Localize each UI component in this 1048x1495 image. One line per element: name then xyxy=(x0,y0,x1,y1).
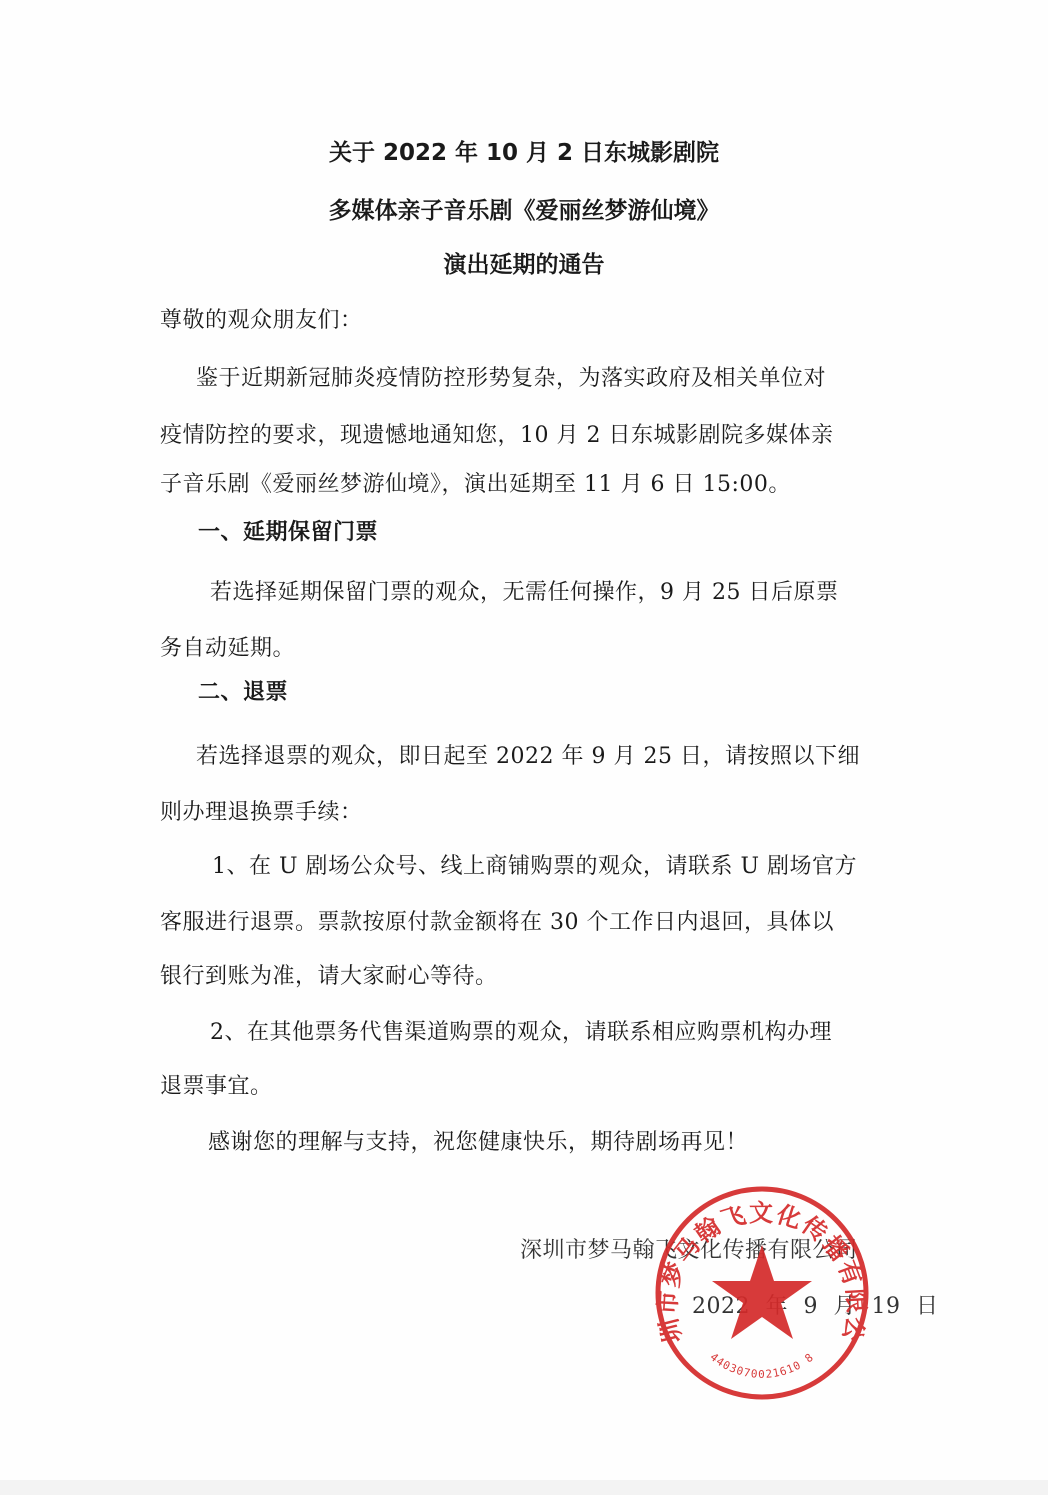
svg-text:4403070021610 8: 4403070021610 8 xyxy=(707,1350,816,1380)
intro-line-2: 疫情防控的要求，现遗憾地通知您，10 月 2 日东城影剧院多媒体亲 xyxy=(160,421,833,451)
item1-line-3: 银行到账为准，请大家耐心等待。 xyxy=(160,962,498,992)
section2-line-2: 则办理退换票手续： xyxy=(160,798,363,828)
item2-line-1: 2、在其他票务代售渠道购票的观众，请联系相应购票机构办理 xyxy=(210,1018,832,1048)
section1-line-2: 务自动延期。 xyxy=(160,634,295,664)
document-page: 关于 2022 年 10 月 2 日东城影剧院 多媒体亲子音乐剧《爱丽丝梦游仙境… xyxy=(0,0,1048,1480)
title-line-3: 演出延期的通告 xyxy=(0,250,1048,280)
bottom-strip xyxy=(0,1480,1048,1495)
section2-line-1: 若选择退票的观众，即日起至 2022 年 9 月 25 日，请按照以下细 xyxy=(196,742,860,772)
section1-heading: 一、延期保留门票 xyxy=(198,518,378,548)
section2-heading: 二、退票 xyxy=(198,678,288,708)
section1-line-1: 若选择延期保留门票的观众，无需任何操作，9 月 25 日后原票 xyxy=(210,578,838,608)
title-line-1: 关于 2022 年 10 月 2 日东城影剧院 xyxy=(0,138,1048,168)
intro-line-1: 鉴于近期新冠肺炎疫情防控形势复杂，为落实政府及相关单位对 xyxy=(196,364,826,394)
item1-line-1: 1、在 U 剧场公众号、线上商铺购票的观众，请联系 U 剧场官方 xyxy=(212,852,857,882)
closing-line: 感谢您的理解与支持，祝您健康快乐，期待剧场再见！ xyxy=(208,1128,748,1158)
item2-line-2: 退票事宜。 xyxy=(160,1072,273,1102)
salutation: 尊敬的观众朋友们： xyxy=(160,306,363,336)
company-seal-icon: 深圳市梦马翰飞文化传播有限公司 4403070021610 8 xyxy=(652,1183,872,1403)
item1-line-2: 客服进行退票。票款按原付款金额将在 30 个工作日内退回，具体以 xyxy=(160,908,834,938)
intro-line-3: 子音乐剧《爱丽丝梦游仙境》，演出延期至 11 月 6 日 15:00。 xyxy=(160,470,791,500)
title-line-2: 多媒体亲子音乐剧《爱丽丝梦游仙境》 xyxy=(0,196,1048,226)
